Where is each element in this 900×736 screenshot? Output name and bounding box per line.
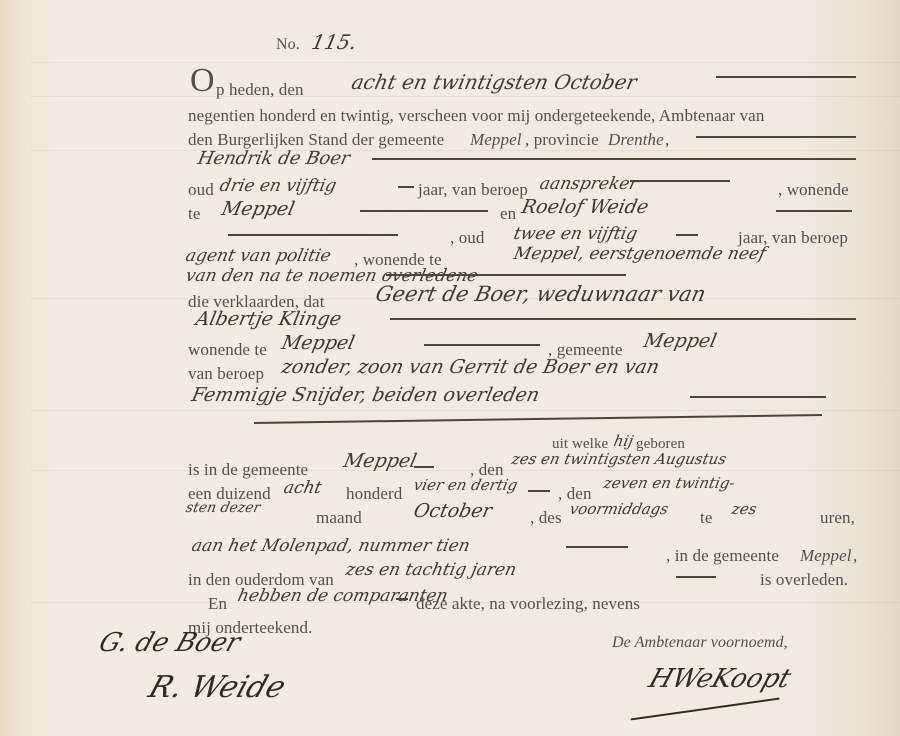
printed-text: is overleden. xyxy=(760,570,848,590)
printed-text: uren, xyxy=(820,508,855,528)
death-month: October xyxy=(412,500,494,522)
declarant-2-name: Roelof Weide xyxy=(520,196,651,218)
fill-line xyxy=(372,158,856,160)
printed-text: te xyxy=(188,204,200,224)
printed-text: p heden, den xyxy=(216,80,304,100)
drop-cap: O xyxy=(190,64,215,98)
fill-line xyxy=(690,396,826,398)
declarant-1-name: Hendrik de Boer xyxy=(196,148,352,169)
deceased-municipality: Meppel xyxy=(642,330,719,352)
printed-text: , xyxy=(665,130,669,150)
fill-line xyxy=(414,466,434,468)
fill-line xyxy=(254,414,822,423)
fill-line xyxy=(676,234,698,236)
official-label: De Ambtenaar voornoemd, xyxy=(612,634,788,652)
civil-record-page: No. 115. O p heden, den acht en twintigs… xyxy=(0,0,900,736)
death-day: zeven en twintig- xyxy=(602,474,737,492)
signature-witness-1: G. de Boer xyxy=(95,628,244,658)
death-hour: zes xyxy=(730,500,758,518)
signature-official: HWeKoopt xyxy=(645,664,795,694)
mother-name: Femmigje Snijder, beiden overleden xyxy=(190,384,542,406)
printed-text: honderd xyxy=(346,484,402,504)
printed-text: jaar, van beroep xyxy=(418,180,528,200)
bleed-through-line xyxy=(30,62,900,63)
declarant-2-residence: Meppel, eerstgenoemde neef xyxy=(512,244,768,264)
signature-witness-2: R. Weide xyxy=(144,670,290,705)
printed-text: , in de gemeente xyxy=(666,546,779,566)
fill-line xyxy=(528,490,550,492)
bleed-through-line xyxy=(30,470,900,471)
declarant-2-age: twee en vijftig xyxy=(512,224,639,244)
printed-text: , des xyxy=(530,508,562,528)
declarant-1-occupation: aanspreker xyxy=(538,174,640,194)
death-address: aan het Molenpad, nummer tien xyxy=(190,536,472,556)
fill-line xyxy=(386,274,626,276)
printed-text: wonende te xyxy=(188,340,267,360)
printed-text: deze akte, na voorlezing, nevens xyxy=(416,594,640,614)
printed-text: , provincie xyxy=(525,130,599,150)
death-municipality: Meppel xyxy=(800,546,852,566)
death-daytime: voormiddags xyxy=(568,500,670,518)
fill-line xyxy=(228,234,398,236)
handwritten-date: acht en twintigsten October xyxy=(349,70,639,94)
fill-line xyxy=(396,598,408,600)
record-number: 115. xyxy=(309,30,359,54)
printed-text: , wonende xyxy=(778,180,849,200)
birth-place: Meppel xyxy=(342,450,419,472)
printed-text: den Burgerlijken Stand der gemeente xyxy=(188,130,444,150)
birth-date: zes en twintigsten Augustus xyxy=(510,450,728,468)
fill-line xyxy=(566,546,628,548)
printed-text: En xyxy=(208,594,227,614)
bleed-through-line xyxy=(30,150,900,151)
printed-text: maand xyxy=(316,508,362,528)
fill-line xyxy=(630,180,730,182)
birth-year-century: acht xyxy=(282,478,324,498)
municipality: Meppel xyxy=(470,130,522,150)
fill-line xyxy=(398,186,414,188)
bleed-through-line xyxy=(30,96,900,97)
birth-year: vier en dertig xyxy=(412,476,519,494)
signature-flourish xyxy=(631,698,780,720)
printed-text: , oud xyxy=(450,228,485,248)
fill-line xyxy=(676,576,716,578)
declarant-1-age: drie en vijftig xyxy=(218,176,338,196)
bleed-through-line xyxy=(30,410,900,411)
declarant-2-occupation: agent van politie xyxy=(184,246,333,266)
fill-line xyxy=(360,210,488,212)
deceased-parents: zonder, zoon van Gerrit de Boer en van xyxy=(280,356,662,378)
age-at-death: zes en tachtig jaren xyxy=(344,560,518,580)
fill-line xyxy=(716,76,856,78)
fill-line xyxy=(696,136,856,138)
deceased-name: Geert de Boer, weduwnaar van xyxy=(373,282,708,306)
printed-text: en xyxy=(500,204,516,224)
fill-line xyxy=(776,210,852,212)
deceased-residence: Meppel xyxy=(280,332,357,354)
printed-text: , xyxy=(853,546,857,566)
printed-text: is in de gemeente xyxy=(188,460,308,480)
fill-line xyxy=(390,318,856,320)
declarant-1-residence: Meppel xyxy=(220,198,297,220)
spouse-name: Albertje Klinge xyxy=(194,308,344,330)
fill-line xyxy=(424,344,540,346)
printed-text: te xyxy=(700,508,712,528)
pronoun: hij xyxy=(612,432,635,450)
number-label: No. xyxy=(276,36,300,54)
printed-text: van beroep xyxy=(188,364,264,384)
printed-text: oud xyxy=(188,180,214,200)
printed-text: negentien honderd en twintig, verscheen … xyxy=(188,106,764,126)
province: Drenthe xyxy=(608,130,664,150)
death-day-cont: sten dezer xyxy=(184,500,262,516)
